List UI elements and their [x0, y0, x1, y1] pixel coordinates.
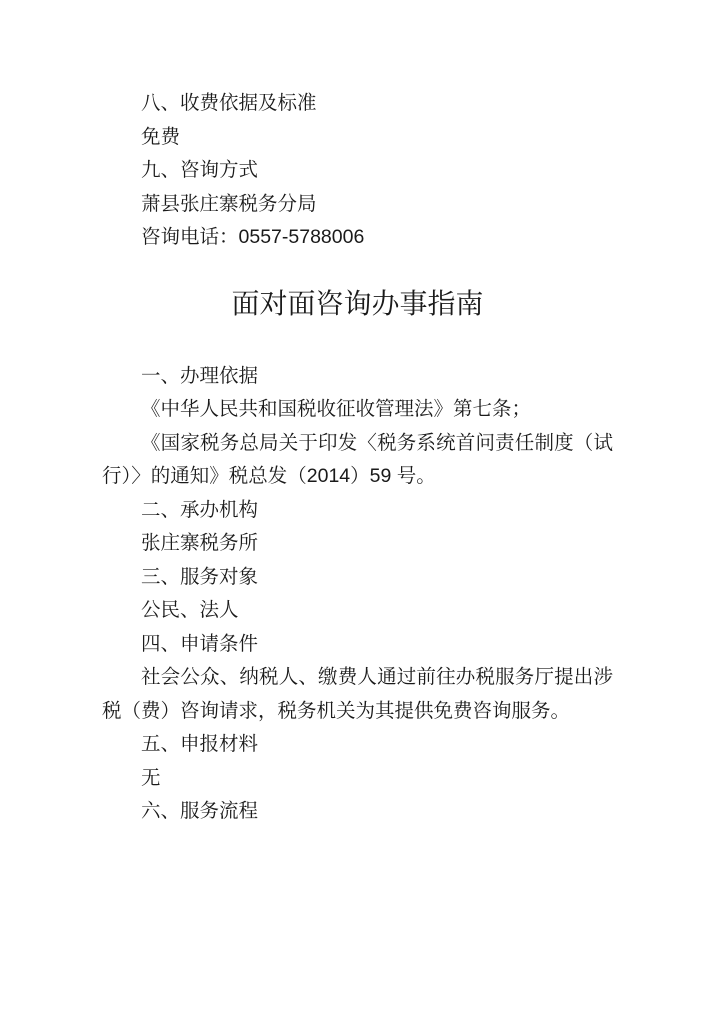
document-page: 八、收费依据及标准 免费 九、咨询方式 萧县张庄寨税务分局 咨询电话：0557-…: [0, 0, 715, 1011]
body-line: 张庄寨税务所: [102, 527, 613, 561]
body-line: 四、申请条件: [102, 628, 613, 662]
body-line: 六、服务流程: [102, 795, 613, 829]
intro-line: 萧县张庄寨税务分局: [102, 188, 613, 222]
intro-line: 八、收费依据及标准: [102, 87, 613, 121]
body-line: 公民、法人: [102, 594, 613, 628]
body-line: 五、申报材料: [102, 728, 613, 762]
body-line-continuation: 行）〉的通知》税总发（2014）59 号。: [102, 460, 613, 494]
body-line: 社会公众、纳税人、缴费人通过前往办税服务厅提出涉: [102, 661, 613, 695]
body-line: 一、办理依据: [102, 360, 613, 394]
body-line: 无: [102, 762, 613, 796]
intro-line: 免费: [102, 121, 613, 155]
intro-line: 咨询电话：0557-5788006: [102, 221, 613, 255]
body-line: 二、承办机构: [102, 494, 613, 528]
body-line: 三、服务对象: [102, 561, 613, 595]
body-line: 《中华人民共和国税收征收管理法》第七条；: [102, 393, 613, 427]
body-line: 《国家税务总局关于印发〈税务系统首问责任制度（试: [102, 427, 613, 461]
body-line-continuation: 税（费）咨询请求，税务机关为其提供免费咨询服务。: [102, 695, 613, 729]
intro-line: 九、咨询方式: [102, 154, 613, 188]
document-title: 面对面咨询办事指南: [102, 282, 613, 326]
